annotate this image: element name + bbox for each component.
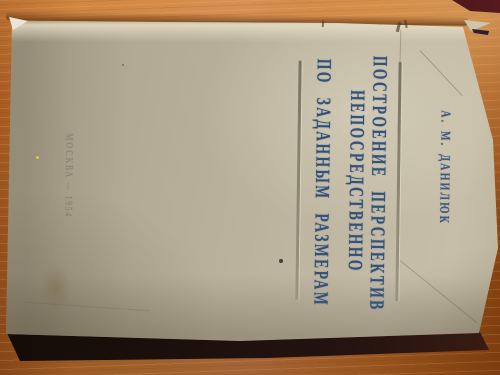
title-line-3: ПО ЗАДАННЫМ РАЗМЕРАМ: [308, 59, 335, 308]
printed-cover-content: А. М. ДАНИЛЮК ПОСТРОЕНИЕ ПЕРСПЕКТИВ НЕПО…: [0, 0, 500, 375]
title-rule-top: [395, 62, 401, 301]
title-rule-bottom: [295, 61, 301, 300]
photo-of-book-on-table: А. М. ДАНИЛЮК ПОСТРОЕНИЕ ПЕРСПЕКТИВ НЕПО…: [0, 0, 500, 375]
title-line-2: НЕПОСРЕДСТВЕННО: [343, 90, 370, 273]
imprint-moscow-year: МОСКВА — 1954: [62, 133, 75, 218]
author-name: А. М. ДАНИЛЮК: [436, 110, 452, 225]
